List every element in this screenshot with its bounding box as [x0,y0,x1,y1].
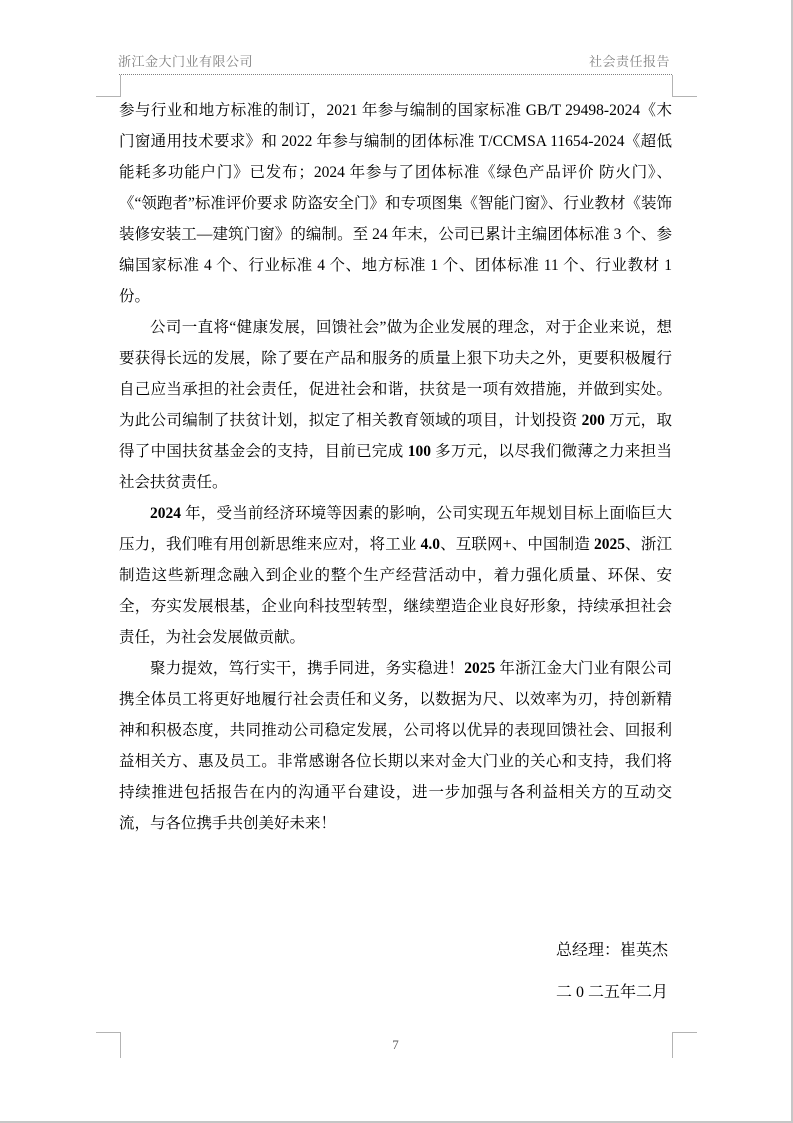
text-run: 聚力提效，笃行实干，携手同进，务实稳进！ [150,660,464,677]
text-boundary-mark-top-right [672,75,697,97]
text-run: 参与行业和地方标准的制订，2021 年参与编制的国家标准 GB/T 29498-… [119,102,672,305]
header-doc-title: 社会责任报告 [589,54,670,70]
document-page: { "theme": { "ink": "#000000", "muted": … [0,0,793,1123]
header-company-name: 浙江金大门业有限公司 [118,54,253,70]
highlighted-number: 2025 [594,536,625,553]
signature-name: 总经理：崔英杰 [119,941,668,961]
header-rule [119,74,672,75]
text-run: 、互联网+、中国制造 [440,536,594,553]
text-boundary-mark-bottom-right [672,1032,697,1058]
highlighted-number: 100 [408,443,431,460]
paragraph: 参与行业和地方标准的制订，2021 年参与编制的国家标准 GB/T 29498-… [119,95,672,312]
page-number: 7 [119,1037,672,1052]
text-boundary-mark-bottom-left [96,1032,121,1058]
highlighted-number: 2025 [464,660,495,677]
highlighted-number: 200 [582,412,605,429]
body-paragraphs: 参与行业和地方标准的制订，2021 年参与编制的国家标准 GB/T 29498-… [119,95,672,839]
paragraph: 聚力提效，笃行实干，携手同进，务实稳进！2025 年浙江金大门业有限公司携全体员… [119,653,672,839]
text-run: 年浙江金大门业有限公司携全体员工将更好地履行社会责任和义务，以数据为尺、以效率为… [119,660,672,832]
paragraph: 公司一直将“健康发展，回馈社会”做为企业发展的理念，对于企业来说，想要获得长远的… [119,312,672,498]
highlighted-number: 2024 [150,505,181,522]
text-boundary-mark-top-left [96,75,121,97]
signature-date: 二 0 二五年二月 [119,983,668,1003]
highlighted-number: 4.0 [421,536,440,553]
paragraph: 2024 年，受当前经济环境等因素的影响，公司实现五年规划目标上面临巨大压力，我… [119,498,672,653]
